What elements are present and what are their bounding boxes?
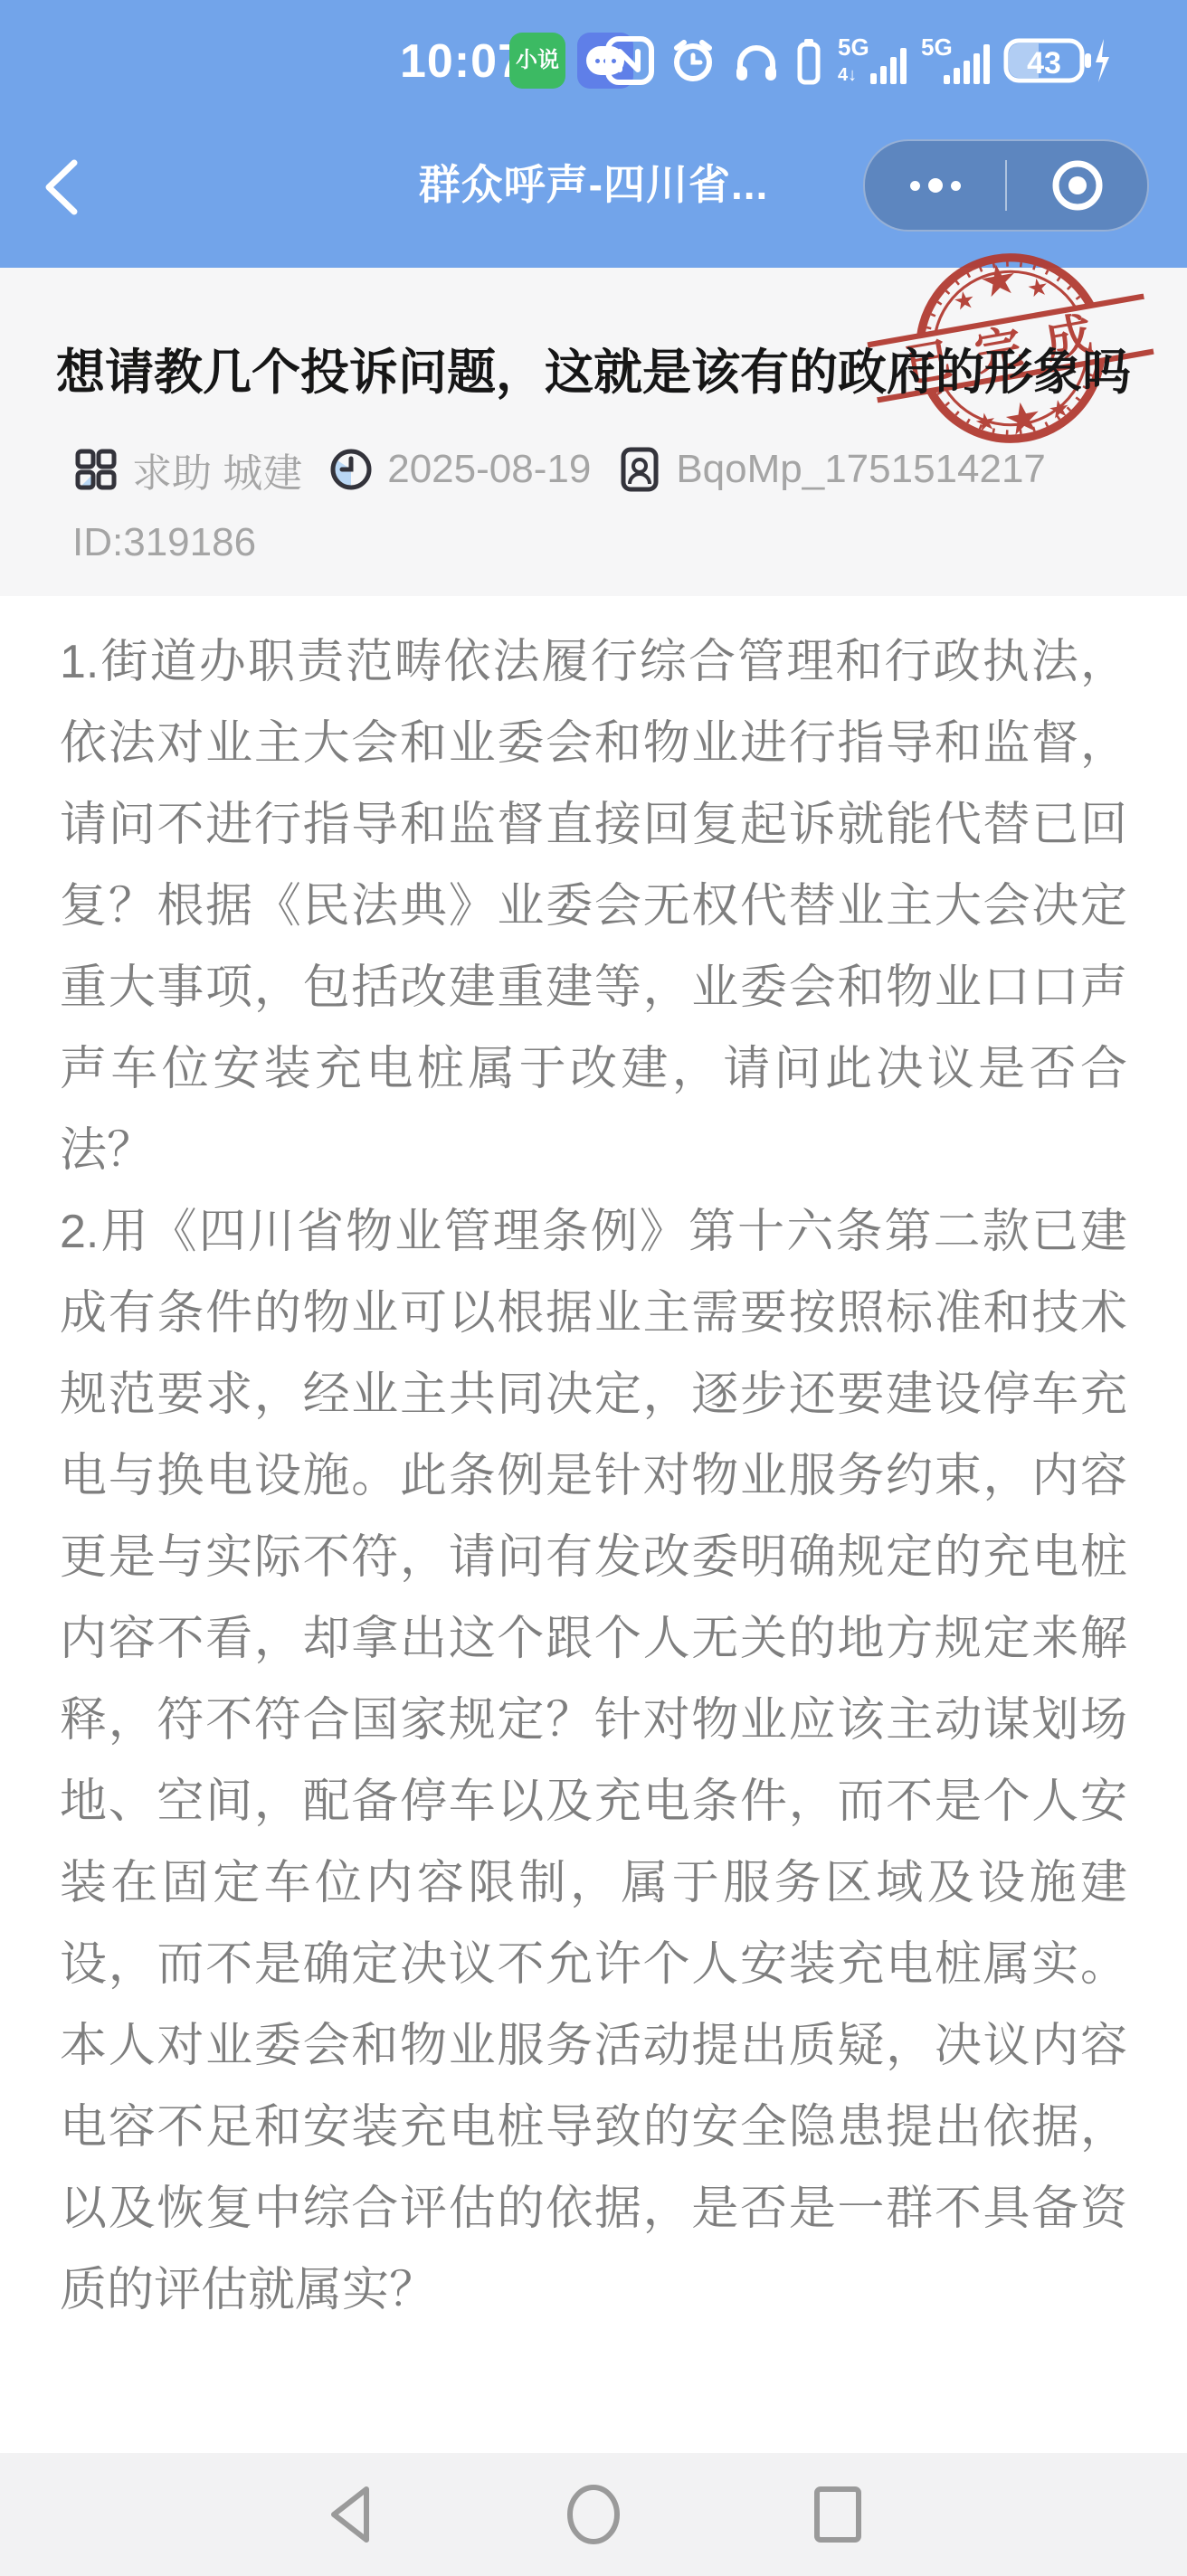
date-item: 2025-08-19	[328, 446, 591, 493]
date-label: 2025-08-19	[387, 447, 591, 492]
body-paragraph-1: 1.街道办职责范畴依法履行综合管理和行政执法，依法对业主大会和业委会和物业进行指…	[60, 621, 1127, 1191]
category-grid-icon	[72, 446, 119, 493]
nfc-icon	[604, 35, 655, 86]
sim2-network-label: 5G	[921, 33, 953, 61]
post-meta-row: 求助 城建 2025-08-19 BqoMp_1751514217	[72, 440, 1131, 498]
post-id: ID:319186	[72, 520, 1131, 565]
category-item: 求助 城建	[72, 440, 302, 498]
category-label: 求助 城建	[132, 440, 302, 498]
mini-program-navbar: 群众呼声-四川省...	[0, 99, 1187, 268]
target-circle-icon	[1049, 156, 1106, 214]
svg-text:4↓: 4↓	[838, 65, 857, 85]
android-home-button[interactable]	[564, 2478, 623, 2551]
more-dots-icon	[910, 178, 961, 193]
alarm-icon	[668, 35, 718, 86]
battery-percent-label: 43	[1027, 46, 1061, 80]
android-recents-icon	[810, 2482, 866, 2547]
novel-app-label: 小说	[516, 50, 559, 71]
post-title: 想请教几个投诉问题，这就是该有的政府的形象吗	[56, 308, 1131, 439]
status-icons-group: 5G 4↓ 5G 43	[604, 31, 1111, 90]
svg-text:★: ★	[1025, 272, 1051, 303]
android-recents-button[interactable]	[810, 2478, 866, 2551]
android-back-button[interactable]	[321, 2478, 377, 2551]
battery-icon: 43	[1002, 33, 1111, 88]
top-blue-area: 10:07 小说	[0, 0, 1187, 268]
user-card-icon	[616, 446, 663, 493]
status-bar: 10:07 小说	[0, 0, 1187, 99]
charging-bolt-icon	[1096, 39, 1109, 82]
android-navigation-bar	[0, 2453, 1187, 2576]
body-paragraph-2: 2.用《四川省物业管理条例》第十六条第二款已建成有条件的物业可以根据业主需要按照…	[60, 1191, 1127, 2331]
post-header-card: ★ ★ ★ ★ ★ ★ 已完成 想请教几个投诉问题，这就是该有的政府的形象吗 求…	[0, 268, 1187, 596]
sim1-network-label: 5G	[838, 33, 869, 61]
post-body: 1.街道办职责范畴依法履行综合管理和行政执法，依法对业主大会和业委会和物业进行指…	[0, 596, 1187, 2340]
status-time: 10:07	[400, 34, 525, 89]
novel-app-icon: 小说	[509, 33, 565, 89]
clock-icon	[328, 446, 375, 493]
signal-sim2-icon: 5G	[919, 33, 990, 88]
signal-sim1-icon: 5G 4↓	[836, 33, 907, 88]
more-button[interactable]	[865, 141, 1005, 230]
close-minimize-button[interactable]	[1007, 141, 1147, 230]
android-back-icon	[321, 2482, 377, 2547]
android-home-icon	[564, 2482, 623, 2547]
author-label: BqoMp_1751514217	[676, 447, 1046, 492]
miniprogram-capsule	[863, 139, 1149, 232]
author-item: BqoMp_1751514217	[616, 446, 1046, 493]
battery-small-icon	[794, 35, 823, 86]
headphones-icon	[731, 35, 782, 86]
